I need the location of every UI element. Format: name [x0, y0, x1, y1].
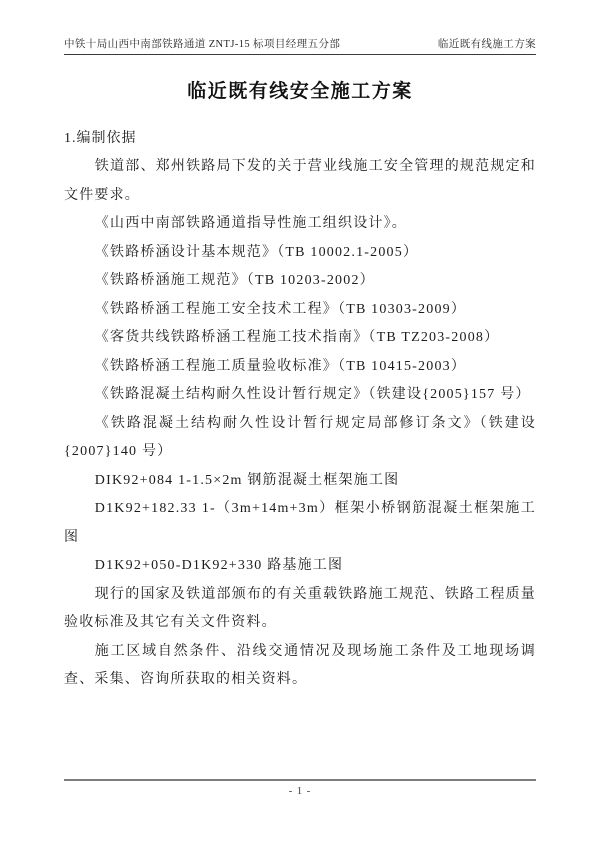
paragraph: 《铁路混凝土结构耐久性设计暂行规定》（铁建设{2005}157 号） — [64, 381, 536, 410]
document-page: 中铁十局山西中南部铁路通道 ZNTJ-15 标项目经理五分部 临近既有线施工方案… — [0, 0, 600, 850]
section-heading: 1.编制依据 — [64, 127, 536, 147]
paragraph: 《铁路桥涵工程施工安全技术工程》（TB 10303-2009） — [64, 296, 536, 325]
paragraph: D1K92+050-D1K92+330 路基施工图 — [64, 552, 536, 581]
paragraph: 《山西中南部铁路通道指导性施工组织设计》。 — [64, 210, 536, 239]
header-left-text: 中铁十局山西中南部铁路通道 ZNTJ-15 标项目经理五分部 — [64, 36, 340, 51]
paragraph: DIK92+084 1-1.5×2m 钢筋混凝土框架施工图 — [64, 467, 536, 496]
document-title: 临近既有线安全施工方案 — [64, 76, 536, 103]
header-right-text: 临近既有线施工方案 — [438, 36, 536, 51]
paragraph: 《铁路桥涵工程施工质量验收标准》（TB 10415-2003） — [64, 353, 536, 382]
paragraph: 《铁路桥涵施工规范》（TB 10203-2002） — [64, 267, 536, 296]
paragraph-list: 铁道部、郑州铁路局下发的关于营业线施工安全管理的规范规定和文件要求。 《山西中南… — [64, 153, 536, 695]
paragraph: 铁道部、郑州铁路局下发的关于营业线施工安全管理的规范规定和文件要求。 — [64, 153, 536, 210]
page-number: - 1 - — [289, 786, 312, 797]
paragraph: 施工区域自然条件、沿线交通情况及现场施工条件及工地现场调查、采集、咨询所获取的相… — [64, 638, 536, 695]
paragraph: 现行的国家及铁道部颁布的有关重载铁路施工规范、铁路工程质量验收标准及其它有关文件… — [64, 581, 536, 638]
page-footer: - 1 - — [64, 779, 536, 799]
paragraph: 《铁路混凝土结构耐久性设计暂行规定局部修订条文》（铁建设{2007}140 号） — [64, 410, 536, 467]
paragraph: D1K92+182.33 1-（3m+14m+3m）框架小桥钢筋混凝土框架施工图 — [64, 495, 536, 552]
document-body: 临近既有线安全施工方案 1.编制依据 铁道部、郑州铁路局下发的关于营业线施工安全… — [64, 76, 536, 695]
paragraph: 《客货共线铁路桥涵工程施工技术指南》（TB TZ203-2008） — [64, 324, 536, 353]
page-header: 中铁十局山西中南部铁路通道 ZNTJ-15 标项目经理五分部 临近既有线施工方案 — [64, 36, 536, 55]
paragraph: 《铁路桥涵设计基本规范》（TB 10002.1-2005） — [64, 239, 536, 268]
